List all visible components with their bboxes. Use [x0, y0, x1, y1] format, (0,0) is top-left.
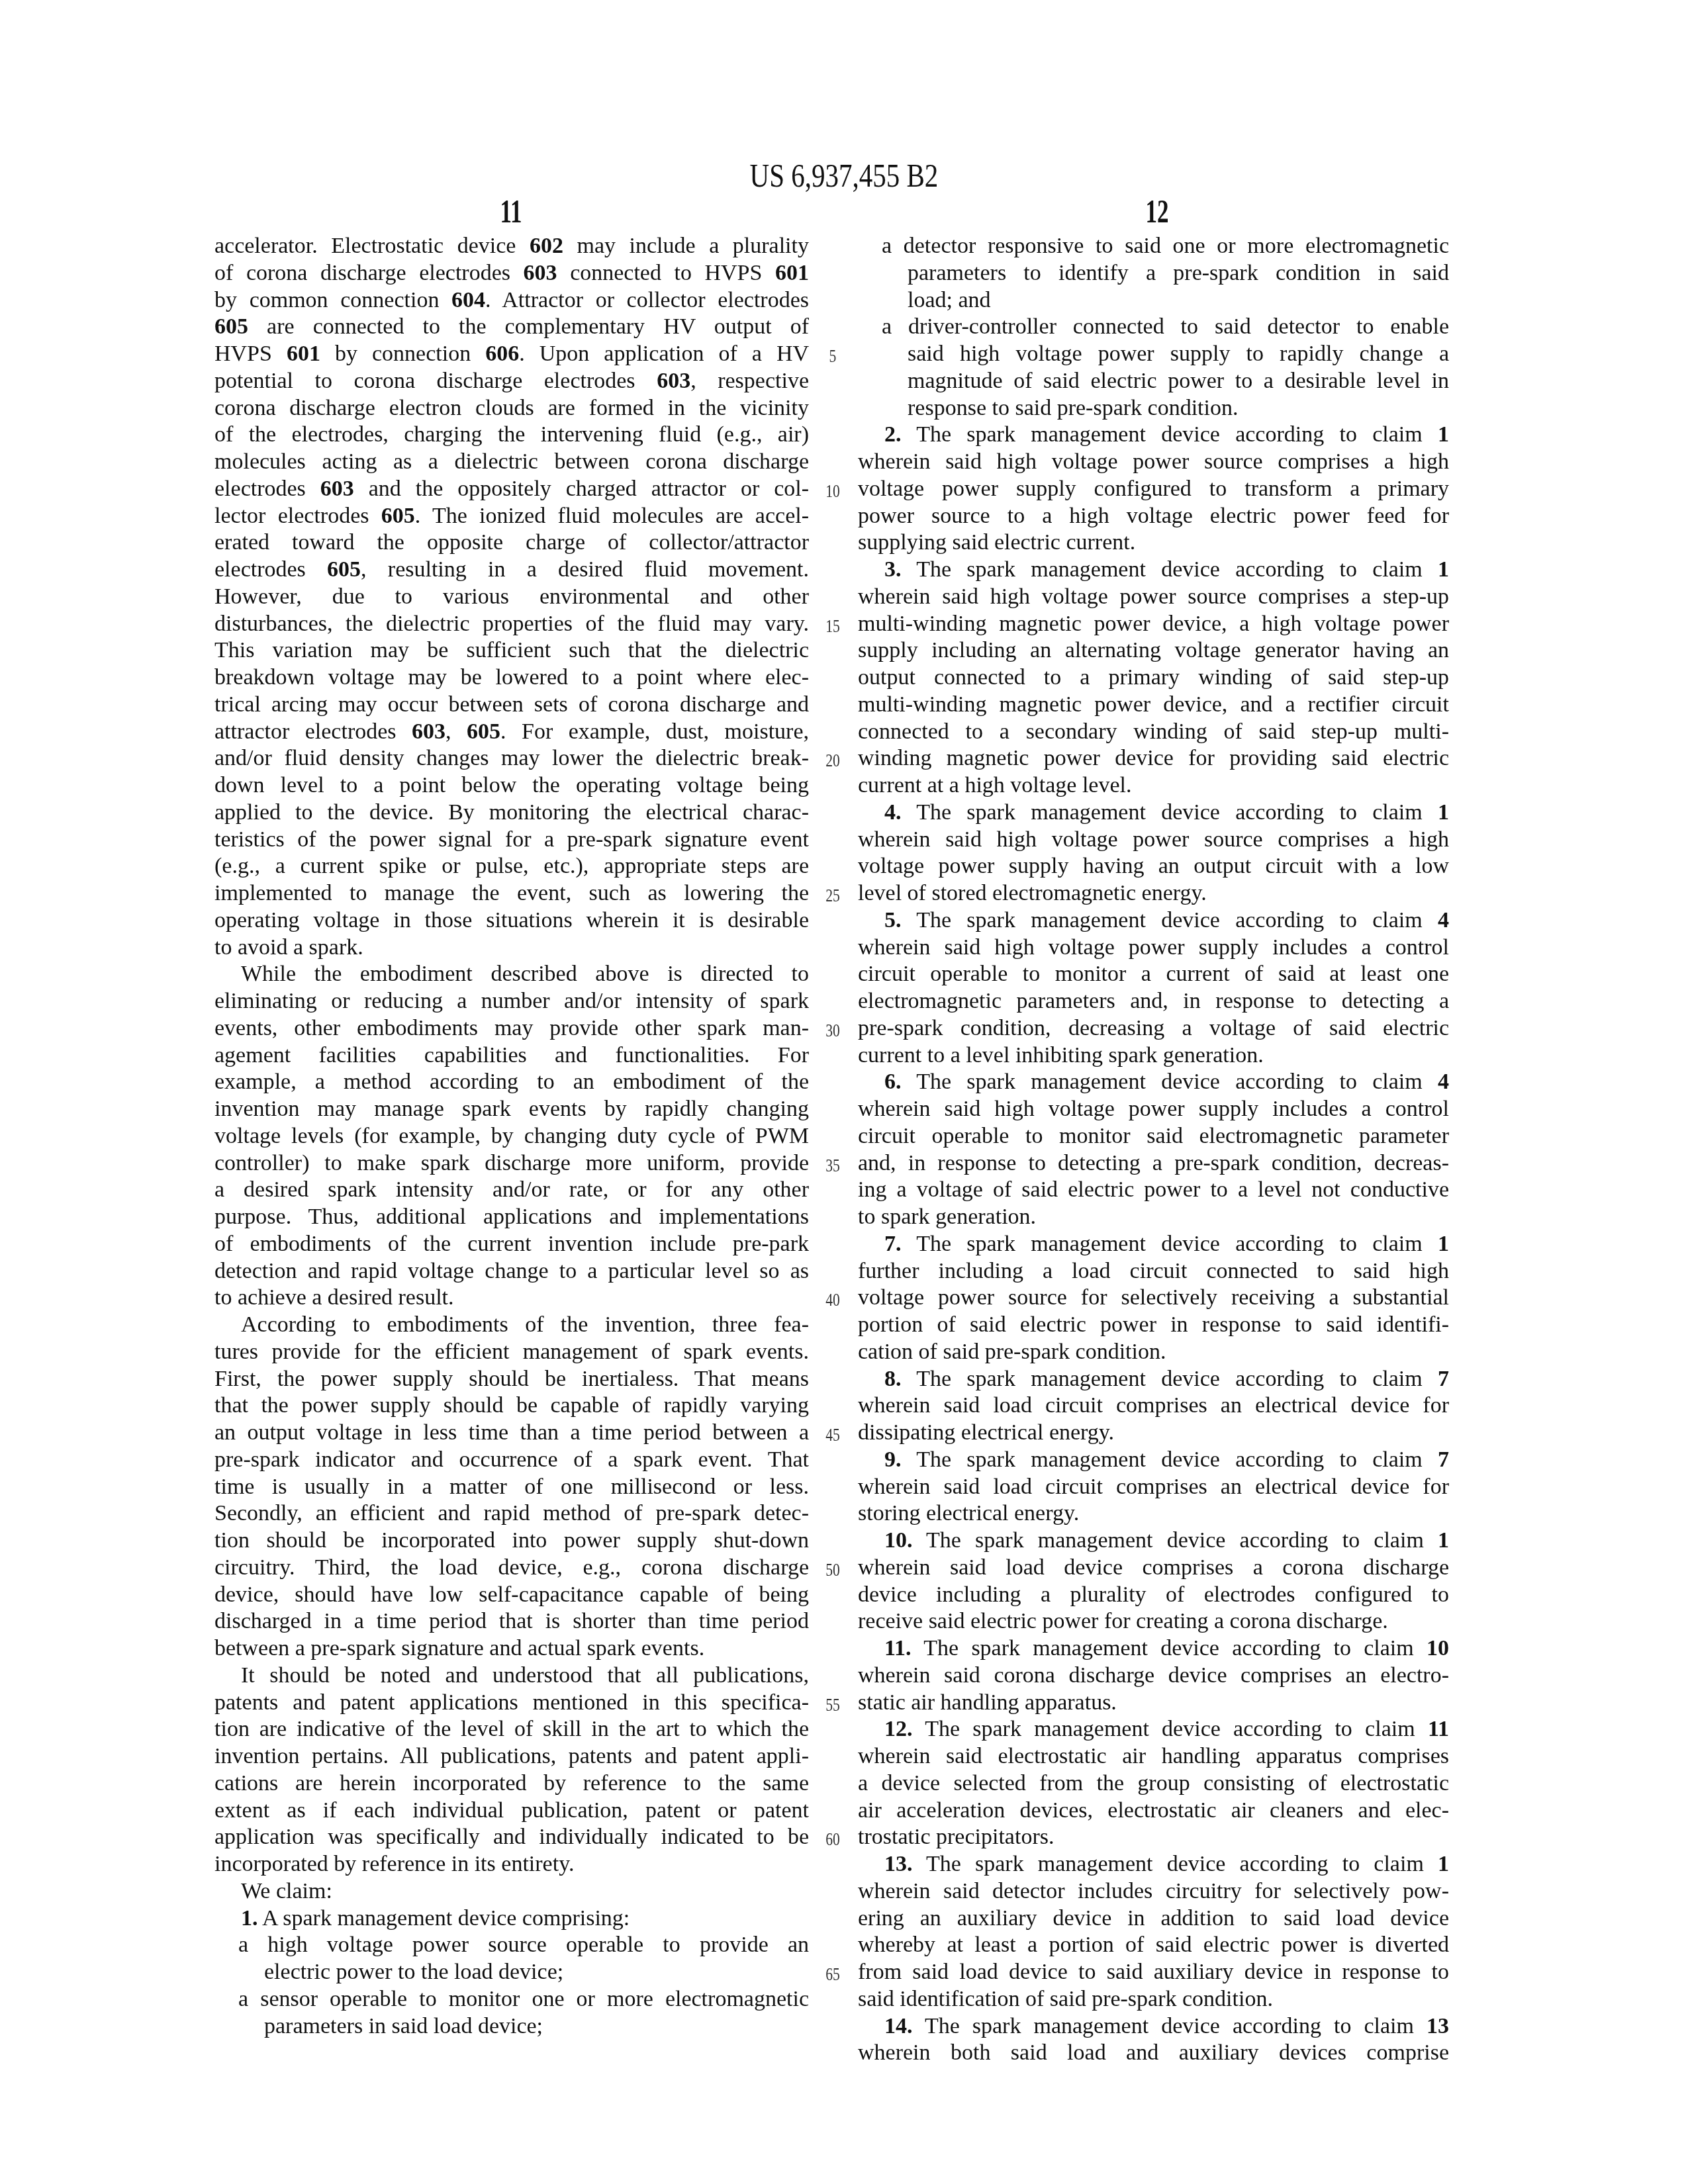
right-column-line: winding magnetic power device for provid… [858, 745, 1449, 772]
left-column-line: purpose. Thus, additional applications a… [214, 1204, 809, 1231]
column-number-left: 11 [500, 192, 523, 230]
left-column-line: trical arcing may occur between sets of … [214, 692, 809, 719]
right-column-line: ering an auxiliary device in addition to… [858, 1905, 1449, 1933]
right-column-line: voltage power source for selectively rec… [858, 1285, 1449, 1312]
right-column-line: level of stored electromagnetic energy. [858, 880, 1449, 907]
left-column-line: application was specifically and individ… [214, 1824, 809, 1851]
left-column-line: lector electrodes 605. The ionized fluid… [214, 503, 809, 530]
right-column-line: trostatic precipitators. [858, 1824, 1449, 1851]
left-column-line: First, the power supply should be inerti… [214, 1366, 809, 1393]
left-column-line: tures provide for the efficient manageme… [214, 1339, 809, 1366]
left-column-line: events, other embodiments may provide ot… [214, 1015, 809, 1042]
right-column-line: 10. The spark management device accordin… [858, 1527, 1449, 1555]
line-number-marker: 5 [821, 346, 844, 367]
left-column-line: invention pertains. All publications, pa… [214, 1743, 809, 1770]
left-column-line: agement facilities capabilities and func… [214, 1042, 809, 1069]
right-column-line: wherein both said load and auxiliary dev… [858, 2040, 1449, 2067]
right-column-line: connected to a secondary winding of said… [858, 719, 1449, 746]
right-column-line: electromagnetic parameters and, in respo… [858, 988, 1449, 1015]
right-column-line: 7. The spark management device according… [858, 1231, 1449, 1258]
left-column-line: discharged in a time period that is shor… [214, 1608, 809, 1635]
left-column-line: erated toward the opposite charge of col… [214, 529, 809, 557]
left-column-text: accelerator. Electrostatic device 602 ma… [214, 233, 809, 2040]
right-column-line: wherein said high voltage power source c… [858, 584, 1449, 611]
left-column-line: extent as if each individual publication… [214, 1797, 809, 1825]
right-column-line: current at a high voltage level. [858, 772, 1449, 799]
left-column-line: and/or fluid density changes may lower t… [214, 745, 809, 772]
right-column-line: multi-winding magnetic power device, and… [858, 692, 1449, 719]
right-column-line: cation of said pre-spark condition. [858, 1339, 1449, 1366]
right-column-line: 4. The spark management device according… [858, 799, 1449, 827]
right-column-line: pre-spark condition, decreasing a voltag… [858, 1015, 1449, 1042]
left-column-line: incorporated by reference in its entiret… [214, 1851, 809, 1878]
left-column-line: cations are herein incorporated by refer… [214, 1770, 809, 1797]
right-column-line: a driver-controller connected to said de… [858, 314, 1449, 341]
right-column-line: 13. The spark management device accordin… [858, 1851, 1449, 1878]
right-column-line: power source to a high voltage electric … [858, 503, 1449, 530]
right-column-line: magnitude of said electric power to a de… [858, 368, 1449, 395]
right-column-line: 5. The spark management device according… [858, 907, 1449, 934]
left-column-line: Secondly, an efficient and rapid method … [214, 1500, 809, 1527]
left-column-line: an output voltage in less time than a ti… [214, 1420, 809, 1447]
left-column-line: potential to corona discharge electrodes… [214, 368, 809, 395]
left-column-line: 605 are connected to the complementary H… [214, 314, 809, 341]
right-column-line: wherein said load circuit comprises an e… [858, 1474, 1449, 1501]
right-column-line: 9. The spark management device according… [858, 1447, 1449, 1474]
line-number-marker: 55 [821, 1695, 844, 1715]
left-column-line: electric power to the load device; [214, 1959, 809, 1986]
left-column-line: This variation may be sufficient such th… [214, 637, 809, 664]
right-column-line: wherein said electrostatic air handling … [858, 1743, 1449, 1770]
right-column-line: air acceleration devices, electrostatic … [858, 1797, 1449, 1825]
left-column-line: pre-spark indicator and occurrence of a … [214, 1447, 809, 1474]
left-column-line: While the embodiment described above is … [214, 961, 809, 988]
left-column-line: voltage levels (for example, by changing… [214, 1123, 809, 1150]
right-column-line: 14. The spark management device accordin… [858, 2013, 1449, 2040]
left-column-line: HVPS 601 by connection 606. Upon applica… [214, 341, 809, 368]
right-column-line: 6. The spark management device according… [858, 1069, 1449, 1096]
right-column-line: output connected to a primary winding of… [858, 664, 1449, 692]
left-column-line: that the power supply should be capable … [214, 1392, 809, 1420]
right-column-line: wherein said high voltage power source c… [858, 827, 1449, 854]
left-column-line: device, should have low self-capacitance… [214, 1582, 809, 1609]
left-column-line: of corona discharge electrodes 603 conne… [214, 260, 809, 287]
right-column-line: current to a level inhibiting spark gene… [858, 1042, 1449, 1069]
line-number-marker: 65 [821, 1964, 844, 1985]
left-column-line: example, a method according to an embodi… [214, 1069, 809, 1096]
right-column-line: and, in response to detecting a pre-spar… [858, 1150, 1449, 1177]
left-column-line: breakdown voltage may be lowered to a po… [214, 664, 809, 692]
right-column-line: dissipating electrical energy. [858, 1420, 1449, 1447]
right-column-line: further including a load circuit connect… [858, 1258, 1449, 1285]
right-column-claims: a detector responsive to said one or mor… [858, 233, 1449, 2067]
right-column-line: 12. The spark management device accordin… [858, 1716, 1449, 1743]
left-column-line: controller) to make spark discharge more… [214, 1150, 809, 1177]
patent-number: US 6,937,455 B2 [152, 156, 1536, 195]
line-number-marker: 30 [821, 1021, 844, 1041]
right-column-line: wherein said load circuit comprises an e… [858, 1392, 1449, 1420]
left-column-line: to avoid a spark. [214, 934, 809, 962]
left-column-line: tion should be incorporated into power s… [214, 1527, 809, 1555]
left-column-line: However, due to various environmental an… [214, 584, 809, 611]
left-column-line: applied to the device. By monitoring the… [214, 799, 809, 827]
left-column-line: 1. A spark management device comprising: [214, 1905, 809, 1933]
left-column-line: operating voltage in those situations wh… [214, 907, 809, 934]
right-column-line: wherein said high voltage power source c… [858, 449, 1449, 476]
left-column-line: corona discharge electron clouds are for… [214, 395, 809, 422]
line-number-marker: 10 [821, 481, 844, 502]
line-number-marker: 50 [821, 1560, 844, 1580]
left-column-line: of embodiments of the current invention … [214, 1231, 809, 1258]
line-number-marker: 45 [821, 1425, 844, 1445]
right-column-line: static air handling apparatus. [858, 1690, 1449, 1717]
right-column-line: 8. The spark management device according… [858, 1366, 1449, 1393]
right-column-line: to spark generation. [858, 1204, 1449, 1231]
right-column-line: portion of said electric power in respon… [858, 1312, 1449, 1339]
column-number-right: 12 [1143, 192, 1171, 230]
right-column-line: voltage power supply having an output ci… [858, 853, 1449, 880]
left-column-line: attractor electrodes 603, 605. For examp… [214, 719, 809, 746]
left-column-line: tion are indicative of the level of skil… [214, 1716, 809, 1743]
left-column-line: by common connection 604. Attractor or c… [214, 287, 809, 314]
right-column-line: from said load device to said auxiliary … [858, 1959, 1449, 1986]
left-column-line: a high voltage power source operable to … [214, 1932, 809, 1959]
right-column-line: storing electrical energy. [858, 1500, 1449, 1527]
right-column-line: a detector responsive to said one or mor… [858, 233, 1449, 260]
right-column-line: 11. The spark management device accordin… [858, 1635, 1449, 1662]
left-column-line: It should be noted and understood that a… [214, 1662, 809, 1690]
left-column-line: molecules acting as a dielectric between… [214, 449, 809, 476]
left-column-line: invention may manage spark events by rap… [214, 1096, 809, 1123]
left-column-line: to achieve a desired result. [214, 1285, 809, 1312]
left-column-line: between a pre-spark signature and actual… [214, 1635, 809, 1662]
right-column-line: supplying said electric current. [858, 529, 1449, 557]
right-column-line: parameters to identify a pre-spark condi… [858, 260, 1449, 287]
left-column-line: detection and rapid voltage change to a … [214, 1258, 809, 1285]
right-column-line: said high voltage power supply to rapidl… [858, 341, 1449, 368]
line-number-marker: 25 [821, 886, 844, 906]
right-column-line: wherein said high voltage power supply i… [858, 1096, 1449, 1123]
left-column-line: circuitry. Third, the load device, e.g.,… [214, 1555, 809, 1582]
right-column-line: receive said electric power for creating… [858, 1608, 1449, 1635]
left-column-line: of the electrodes, charging the interven… [214, 422, 809, 449]
left-column-line: implemented to manage the event, such as… [214, 880, 809, 907]
right-column-line: a device selected from the group consist… [858, 1770, 1449, 1797]
line-number-marker: 60 [821, 1829, 844, 1850]
right-column-line: multi-winding magnetic power device, a h… [858, 611, 1449, 638]
left-column-line: time is usually in a matter of one milli… [214, 1474, 809, 1501]
right-column-line: wherein said high voltage power supply i… [858, 934, 1449, 962]
right-column-line: wherein said load device comprises a cor… [858, 1555, 1449, 1582]
left-column-line: According to embodiments of the inventio… [214, 1312, 809, 1339]
right-column-line: load; and [858, 287, 1449, 314]
right-column-line: voltage power supply configured to trans… [858, 476, 1449, 503]
left-column-line: We claim: [214, 1878, 809, 1905]
right-column-line: device including a plurality of electrod… [858, 1582, 1449, 1609]
line-number-marker: 15 [821, 616, 844, 637]
left-column-line: down level to a point below the operatin… [214, 772, 809, 799]
right-column-line: said identification of said pre-spark co… [858, 1986, 1449, 2013]
right-column-line: wherein said corona discharge device com… [858, 1662, 1449, 1690]
right-column-line: supply including an alternating voltage … [858, 637, 1449, 664]
right-column-line: 2. The spark management device according… [858, 422, 1449, 449]
left-column-line: disturbances, the dielectric properties … [214, 611, 809, 638]
left-column-line: a desired spark intensity and/or rate, o… [214, 1177, 809, 1204]
line-number-marker: 40 [821, 1290, 844, 1310]
left-column-line: eliminating or reducing a number and/or … [214, 988, 809, 1015]
line-number-marker: 35 [821, 1156, 844, 1176]
left-column-line: patents and patent applications mentione… [214, 1690, 809, 1717]
right-column-line: response to said pre-spark condition. [858, 395, 1449, 422]
left-column-line: teristics of the power signal for a pre-… [214, 827, 809, 854]
left-column-line: electrodes 603 and the oppositely charge… [214, 476, 809, 503]
right-column-line: wherein said detector includes circuitry… [858, 1878, 1449, 1905]
right-column-line: whereby at least a portion of said elect… [858, 1932, 1449, 1959]
left-column-line: (e.g., a current spike or pulse, etc.), … [214, 853, 809, 880]
line-number-marker: 20 [821, 751, 844, 771]
left-column-line: electrodes 605, resulting in a desired f… [214, 557, 809, 584]
right-column-line: circuit operable to monitor a current of… [858, 961, 1449, 988]
right-column-line: ing a voltage of said electric power to … [858, 1177, 1449, 1204]
right-column-line: 3. The spark management device according… [858, 557, 1449, 584]
left-column-line: parameters in said load device; [214, 2013, 809, 2040]
left-column-line: a sensor operable to monitor one or more… [214, 1986, 809, 2013]
left-column-line: accelerator. Electrostatic device 602 ma… [214, 233, 809, 260]
right-column-line: circuit operable to monitor said electro… [858, 1123, 1449, 1150]
